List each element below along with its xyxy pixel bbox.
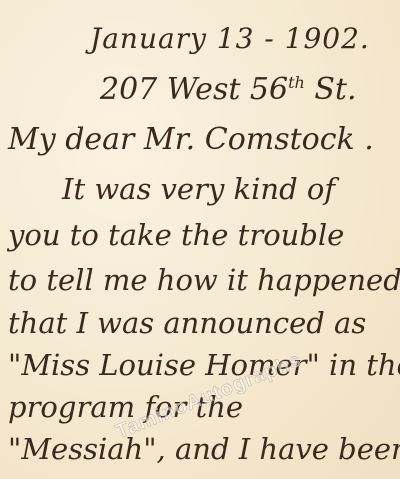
letter-line: It was very kind of [62, 172, 335, 206]
letter-date: January 13 - 1902. [90, 22, 370, 55]
letter-line: you to take the trouble [8, 218, 344, 252]
letter-page: January 13 - 1902. 207 West 56th St. My … [0, 0, 400, 479]
letter-line: "Messiah", and I have been [8, 432, 400, 466]
letter-address: 207 West 56th St. [100, 72, 357, 107]
letter-line: that I was announced as [8, 306, 366, 340]
letter-line: "Miss Louise Homer" in the [8, 348, 400, 382]
letter-line: to tell me how it happened [8, 263, 400, 297]
letter-salutation: My dear Mr. Comstock . [8, 122, 374, 157]
